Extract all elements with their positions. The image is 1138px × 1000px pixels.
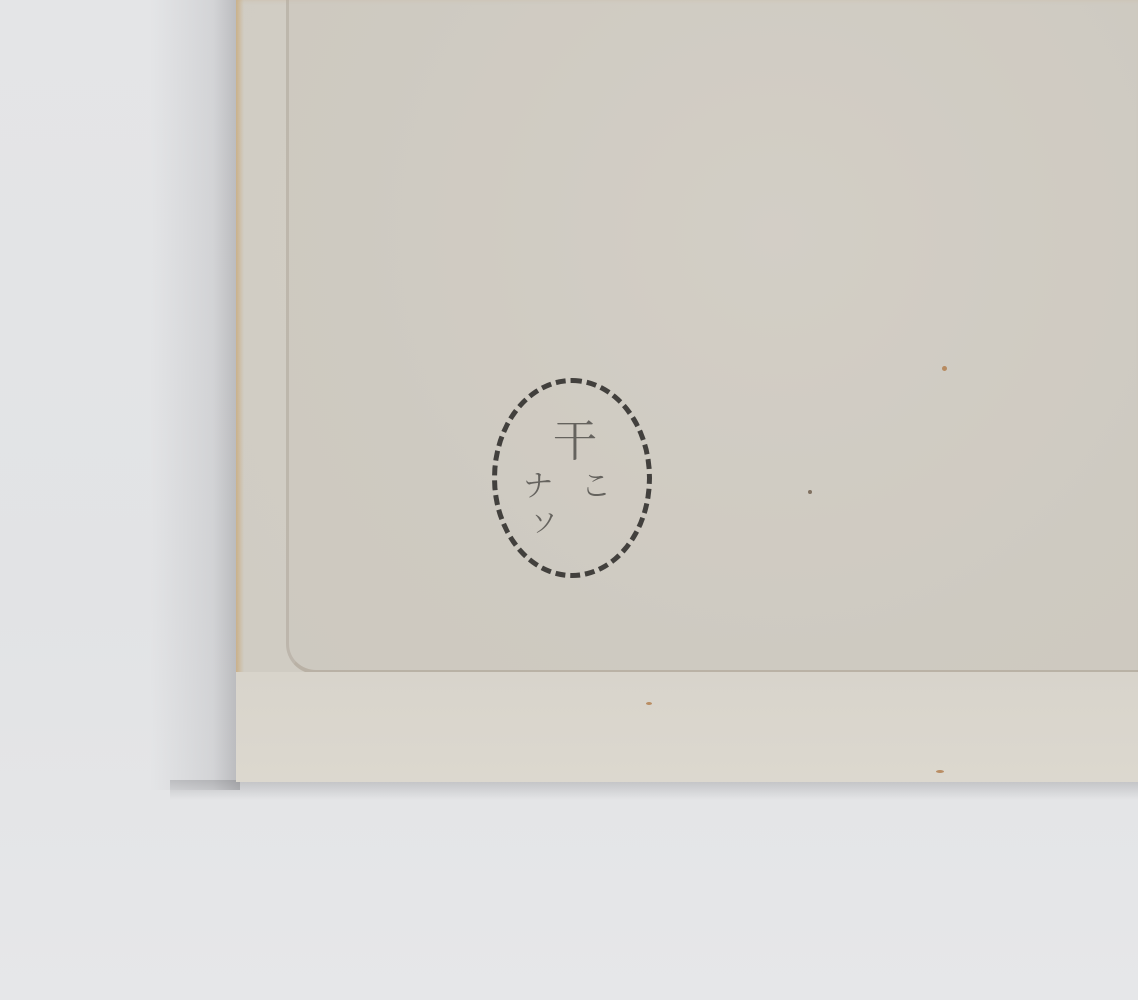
plate-mark — [286, 0, 1138, 674]
paper-sheet: 干 ナ こ ソ — [236, 0, 1138, 782]
stamp-glyph: ソ — [531, 503, 557, 540]
foxing-spot — [646, 702, 652, 705]
foxing-spot — [808, 490, 812, 494]
stamp-glyph: 干 — [553, 405, 597, 469]
stamp-glyph: ナ — [523, 461, 553, 505]
stamp-glyph: こ — [581, 461, 611, 505]
paper-shadow — [150, 0, 240, 790]
paper-edge-stain — [236, 0, 244, 782]
collector-stamp: 干 ナ こ ソ — [492, 378, 652, 578]
foxing-spot — [942, 366, 947, 371]
foxing-spot — [936, 770, 944, 773]
paper-shadow-bottom — [170, 780, 1138, 800]
paper-margin — [236, 672, 1138, 782]
